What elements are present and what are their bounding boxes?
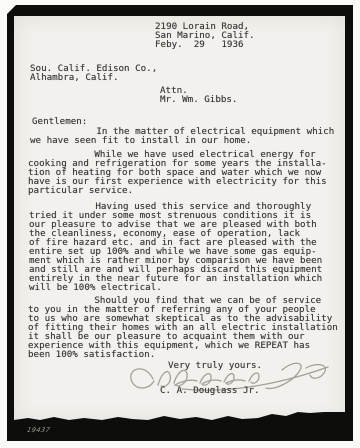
paragraph-4: Should you find that we can be of servic… — [28, 296, 338, 359]
frame-corner-notch — [7, 5, 16, 14]
paragraph-3: Having used this service and thoroughly … — [29, 202, 322, 292]
ragged-film-edge — [14, 411, 345, 422]
scanned-letter-page: 2190 Lorain Road, San Marino, Calif. Feb… — [0, 0, 360, 448]
paragraph-1: In the matter of electrical equipment wh… — [30, 127, 334, 145]
photo-catalog-number: 19437 — [26, 426, 51, 434]
attention-line: Attn. Mr. Wm. Gibbs. — [160, 86, 237, 104]
sender-address: 2190 Lorain Road, San Marino, Calif. Feb… — [155, 22, 255, 49]
typed-signature-name: C. A. Douglass Jr. — [160, 386, 260, 395]
recipient-address: Sou. Calif. Edison Co., Alhambra, Calif. — [30, 64, 157, 82]
paragraph-2: While we have used electrical energy for… — [28, 150, 327, 195]
salutation: Gentlemen: — [32, 117, 87, 126]
